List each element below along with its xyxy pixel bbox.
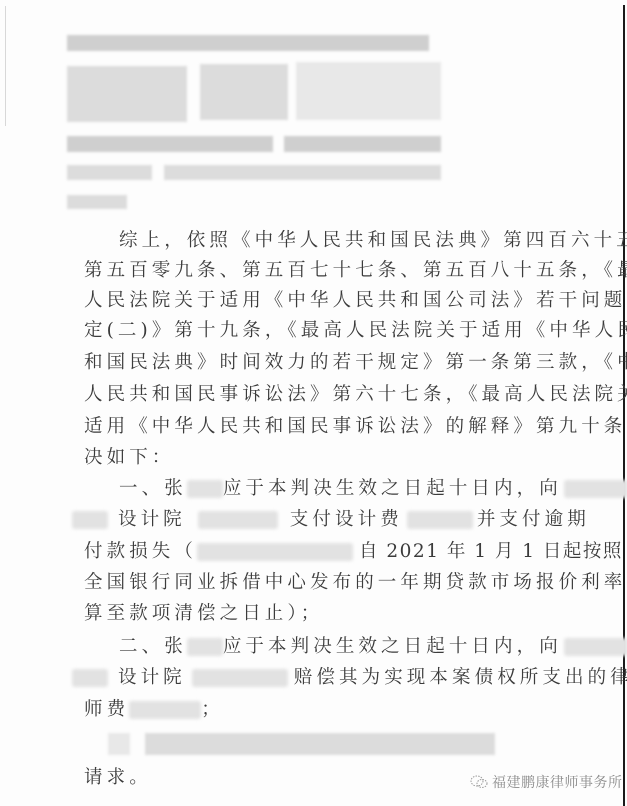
- redacted-line-4a: [67, 136, 273, 152]
- redacted-party: [192, 669, 288, 687]
- conclusion-line: 定(二)》第十九条，《最高人民法院关于适用《中华人民共: [84, 319, 532, 343]
- conclusion-line: 适用《中华人民共和国民事诉讼法》的解释》第九十条，判: [84, 415, 532, 439]
- item-text: 并支付逾期: [477, 509, 590, 530]
- item-text: 设计院: [118, 667, 186, 688]
- conclusion-line: 决如下：: [84, 446, 532, 470]
- item2-line1: 二、张应于本判决生效之日起十日内，向: [119, 635, 567, 659]
- item-text: 二、张: [119, 636, 187, 657]
- item-text: 设计院: [118, 509, 186, 530]
- redacted-line-5b: [164, 165, 441, 180]
- redacted-segment: [108, 733, 130, 755]
- item-text: 应于本判决生效之日起十日内，向: [223, 478, 562, 499]
- item-text: 赔偿其为实现本案债权所支出的律: [294, 667, 627, 688]
- closing-text: 请求。: [84, 766, 532, 790]
- item-text: 应于本判决生效之日起十日内，向: [223, 636, 562, 657]
- item-text: 自 2021 年 1 月 1 日起按照: [359, 541, 623, 562]
- redacted-line-2b: [200, 64, 288, 120]
- left-page-edge: [5, 6, 6, 126]
- redacted-amount: [129, 701, 201, 719]
- redacted-line-1: [67, 35, 429, 51]
- redacted-amount: [407, 511, 473, 529]
- item-text: 一、张: [119, 478, 187, 499]
- conclusion-line: 人民法院关于适用《中华人民共和国公司法》若干问题的规: [84, 289, 532, 313]
- redacted-line-2c: [296, 62, 441, 120]
- conclusion-line: 第五百零九条、第五百七十七条、第五百八十五条，《最高: [84, 259, 532, 283]
- item-text: ；: [201, 699, 224, 720]
- redacted-line-2a: [67, 66, 187, 122]
- conclusion-line: 综上，依照《中华人民共和国民法典》第四百六十五条、: [119, 229, 567, 253]
- conclusion-line: 人民共和国民事诉讼法》第六十七条，《最高人民法院关于: [84, 383, 532, 407]
- redacted-party: [72, 511, 108, 529]
- item1-line5: 算至款项清偿之日止）；: [84, 602, 532, 626]
- item2-line3: 师费；: [84, 698, 532, 722]
- redacted-line-5a: [67, 165, 152, 180]
- redacted-party: [564, 480, 627, 498]
- source-watermark: 福建鹏康律师事务所: [470, 772, 623, 792]
- item-text: 支付设计费: [290, 509, 403, 530]
- redacted-name: [187, 480, 223, 498]
- redacted-party: [72, 669, 108, 687]
- watermark-text: 福建鹏康律师事务所: [492, 772, 623, 792]
- wechat-icon: [470, 775, 488, 789]
- item1-line1: 一、张应于本判决生效之日起十日内，向: [119, 477, 567, 501]
- redacted-line-4b: [284, 136, 441, 152]
- item1-line2: 设计院支付设计费并支付逾期: [72, 508, 520, 532]
- item-text: 付款损失（: [84, 541, 197, 562]
- item1-line4: 全国银行同业拆借中心发布的一年期贷款市场报价利率计: [84, 571, 532, 595]
- redacted-party: [198, 511, 278, 529]
- redacted-name: [187, 638, 223, 656]
- redacted-amount: [197, 543, 353, 561]
- redacted-line-6: [67, 195, 127, 209]
- conclusion-line: 和国民法典》时间效力的若干规定》第一条第三款，《中华: [84, 351, 532, 375]
- item2-line2: 设计院赔偿其为实现本案债权所支出的律: [72, 666, 520, 690]
- item1-line3: 付款损失（自 2021 年 1 月 1 日起按照: [84, 540, 532, 564]
- item-text: 师费: [84, 699, 129, 720]
- redacted-segment: [145, 733, 495, 755]
- redacted-party: [564, 638, 627, 656]
